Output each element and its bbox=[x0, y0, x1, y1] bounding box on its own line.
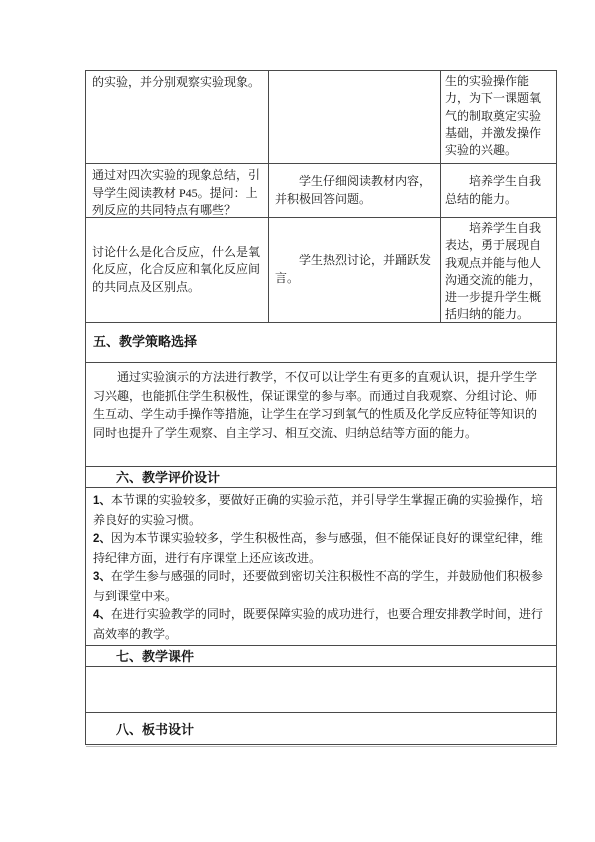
section-courseware-body bbox=[86, 667, 556, 713]
interaction-row-3: 讨论什么是化合反应，什么是氧化反应，化合反应和氧化反应间的共同点及区别点。 学生… bbox=[86, 218, 556, 323]
teacher-activity-cell: 讨论什么是化合反应，什么是氧化反应，化合反应和氧化反应间的共同点及区别点。 bbox=[86, 218, 269, 322]
student-activity-cell bbox=[269, 71, 441, 163]
teacher-activity-cell: 通过对四次实验的现象总结，引导学生阅读教材 P45。提问：上列反应的共同特点有哪… bbox=[86, 164, 269, 217]
design-intent-text: 培养学生自我总结的能力。 bbox=[445, 173, 552, 208]
student-activity-text: 学生热烈讨论，并踊跃发言。 bbox=[275, 252, 434, 287]
section-evaluation-body: 1、本节课的实验较多，要做好正确的实验示范，并引导学生掌握正确的实验操作，培养良… bbox=[86, 488, 556, 646]
evaluation-item-number: 3、 bbox=[93, 571, 111, 583]
lesson-plan-table: 的实验，并分别观察实验现象。 生的实验操作能力，为下一课题氧气的制取奠定实验基础… bbox=[85, 70, 557, 745]
interaction-row-2: 通过对四次实验的现象总结，引导学生阅读教材 P45。提问：上列反应的共同特点有哪… bbox=[86, 164, 556, 218]
evaluation-item-text: 在学生参与感强的同时，还要做到密切关注积极性不高的学生，并鼓励他们积极参与到课堂… bbox=[93, 569, 543, 603]
section-board-header: 八、板书设计 bbox=[86, 713, 556, 744]
design-intent-cell: 生的实验操作能力，为下一课题氧气的制取奠定实验基础，并激发操作实验的兴趣。 bbox=[441, 71, 556, 163]
evaluation-item-text: 本节课的实验较多，要做好正确的实验示范，并引导学生掌握正确的实验操作，培养良好的… bbox=[93, 493, 543, 527]
strategy-paragraph: 通过实验演示的方法进行教学，不仅可以让学生有更多的直观认识，提升学生学习兴趣，也… bbox=[93, 368, 548, 442]
teacher-activity-text: 通过对四次实验的现象总结，引导学生阅读教材 P45。提问：上列反应的共同特点有哪… bbox=[92, 167, 262, 217]
evaluation-item: 2、因为本节课实验较多，学生积极性高，参与感强，但不能保证良好的课堂纪律，维持纪… bbox=[93, 529, 548, 567]
evaluation-item-number: 2、 bbox=[93, 533, 111, 545]
section-strategy-body: 通过实验演示的方法进行教学，不仅可以让学生有更多的直观认识，提升学生学习兴趣，也… bbox=[86, 363, 556, 467]
design-intent-text: 生的实验操作能力，为下一课题氧气的制取奠定实验基础，并激发操作实验的兴趣。 bbox=[445, 73, 552, 159]
section-strategy-header: 五、教学策略选择 bbox=[86, 323, 556, 363]
student-activity-cell: 学生仔细阅读教材内容，并积极回答问题。 bbox=[269, 164, 441, 217]
evaluation-item: 3、在学生参与感强的同时，还要做到密切关注积极性不高的学生，并鼓励他们积极参与到… bbox=[93, 567, 548, 605]
student-activity-cell: 学生热烈讨论，并踊跃发言。 bbox=[269, 218, 441, 322]
evaluation-item-number: 1、 bbox=[93, 495, 111, 507]
table-bottom-shadow bbox=[86, 746, 557, 747]
design-intent-cell: 培养学生自我总结的能力。 bbox=[441, 164, 556, 217]
teacher-activity-text: 讨论什么是化合反应，什么是氧化反应，化合反应和氧化反应间的共同点及区别点。 bbox=[92, 244, 262, 297]
student-activity-text: 学生仔细阅读教材内容，并积极回答问题。 bbox=[275, 173, 434, 208]
teacher-activity-text: 的实验，并分别观察实验现象。 bbox=[92, 74, 262, 92]
teacher-activity-cell: 的实验，并分别观察实验现象。 bbox=[86, 71, 269, 163]
section-evaluation-header: 六、教学评价设计 bbox=[86, 467, 556, 488]
document-page: 的实验，并分别观察实验现象。 生的实验操作能力，为下一课题氧气的制取奠定实验基础… bbox=[0, 0, 595, 842]
design-intent-cell: 培养学生自我表达，勇于展现自我观点并能与他人沟通交流的能力，进一步提升学生概括归… bbox=[441, 218, 556, 322]
design-intent-text: 培养学生自我表达，勇于展现自我观点并能与他人沟通交流的能力，进一步提升学生概括归… bbox=[445, 220, 552, 322]
evaluation-item: 1、本节课的实验较多，要做好正确的实验示范，并引导学生掌握正确的实验操作，培养良… bbox=[93, 491, 548, 529]
evaluation-item-text: 因为本节课实验较多，学生积极性高，参与感强，但不能保证良好的课堂纪律，维持纪律方… bbox=[93, 531, 543, 565]
section-courseware-title: 七、教学课件 bbox=[116, 649, 194, 664]
section-evaluation-title: 六、教学评价设计 bbox=[116, 470, 220, 485]
evaluation-item: 4、在进行实验教学的同时，既要保障实验的成功进行，也要合理安排教学时间，进行高效… bbox=[93, 605, 548, 643]
evaluation-item-number: 4、 bbox=[93, 609, 111, 621]
section-board-title: 八、板书设计 bbox=[116, 722, 194, 737]
section-courseware-header: 七、教学课件 bbox=[86, 646, 556, 667]
section-strategy-title: 五、教学策略选择 bbox=[93, 334, 197, 349]
interaction-row-1: 的实验，并分别观察实验现象。 生的实验操作能力，为下一课题氧气的制取奠定实验基础… bbox=[86, 71, 556, 164]
evaluation-item-text: 在进行实验教学的同时，既要保障实验的成功进行，也要合理安排教学时间，进行高效率的… bbox=[93, 607, 543, 641]
